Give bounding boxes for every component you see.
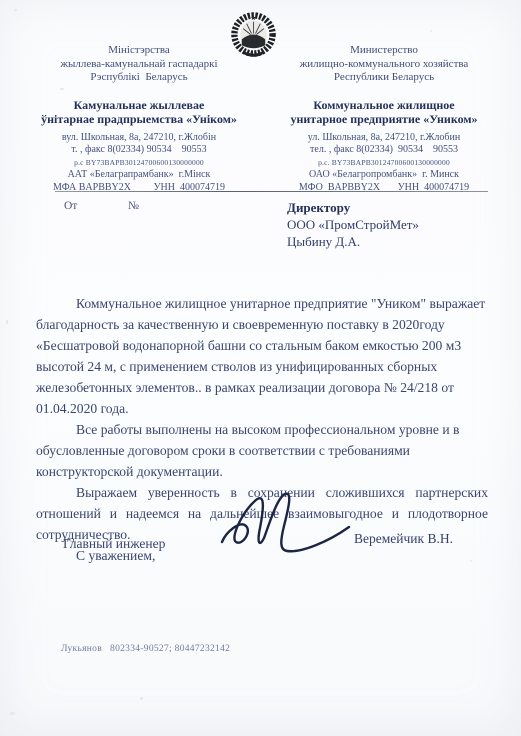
scan-speck: [140, 697, 143, 700]
signatory-position: Главный инженер: [63, 536, 165, 552]
header-left-column: Міністэрства жыллева-камунальнай гаспада…: [24, 44, 254, 194]
address-line: т. , факс 8(02334) 90534 90553: [24, 144, 254, 157]
ref-from-label: От: [64, 200, 77, 212]
addressee-block: Директору ООО «ПромСтройМет» Цыбину Д.А.: [287, 199, 419, 250]
ministry-line: Міністэрства: [24, 44, 254, 58]
org-name-line: Коммунальное жилищное: [267, 98, 501, 112]
organization-address-by: вул. Школьная, 8а, 247210, г.Жлобін т. ,…: [24, 132, 254, 195]
address-line: вул. Школьная, 8а, 247210, г.Жлобін: [24, 132, 254, 145]
address-line: ул. Школьная, 8а, 247210, г.Жлобин: [267, 132, 501, 145]
organization-name-by: Камунальнае жыллевае ўнітарнае прадпрыем…: [24, 98, 254, 126]
bank-name-line: ААТ «Белаграпрамбанк» г.Мінск: [24, 169, 254, 182]
ministry-line: жилищно-коммунального хозяйства: [267, 58, 501, 72]
ministry-name-by: Міністэрства жыллева-камунальнай гаспада…: [24, 44, 254, 85]
scanned-letter-page: Міністэрства жыллева-камунальнай гаспада…: [0, 0, 521, 736]
scan-speck: [6, 320, 8, 324]
handwritten-signature-icon: [216, 490, 356, 568]
organization-address-ru: ул. Школьная, 8а, 247210, г.Жлобин тел. …: [267, 132, 501, 195]
scan-speck: [60, 88, 64, 90]
bank-name-line: ОАО «Белагропромбанк» г. Минск: [267, 169, 501, 182]
ministry-line: Рэспублікі Беларусь: [24, 71, 254, 85]
addressee-company: ООО «ПромСтройМет»: [287, 216, 419, 233]
ref-number-label: №: [128, 200, 139, 212]
ministry-line: Республики Беларусь: [267, 71, 501, 85]
org-name-line: ўнітарнае прадпрыемства «Уніком»: [24, 112, 254, 126]
bank-account-line: р.с. BY73BAPB30124700600130000000: [267, 157, 501, 170]
scan-speck: [470, 560, 472, 562]
addressee-title: Директору: [287, 199, 419, 216]
scan-speck: [10, 712, 15, 715]
organization-name-ru: Коммунальное жилищное унитарное предприя…: [267, 98, 501, 126]
scan-speck: [14, 9, 17, 11]
addressee-person: Цыбину Д.А.: [287, 233, 419, 250]
org-name-line: Камунальнае жыллевае: [24, 98, 254, 112]
bank-codes-line: МФА BAPBBY2X УНН 400074719: [24, 182, 254, 195]
body-paragraph-1: Коммунальное жилищное унитарное предприя…: [36, 293, 488, 419]
scan-speck: [430, 30, 432, 32]
header-right-column: Министерство жилищно-коммунального хозяй…: [267, 44, 501, 194]
ministry-name-ru: Министерство жилищно-коммунального хозяй…: [267, 44, 501, 85]
bank-account-line: р.с BY73BAPB30124700600130000000: [24, 157, 254, 170]
executor-contact-line: Лукьянов 802334-90527; 80447232142: [61, 644, 230, 654]
address-line: тел. , факс 8(02334) 90534 90553: [267, 144, 501, 157]
ministry-line: жыллева-камунальнай гаспадаркі: [24, 58, 254, 72]
ministry-line: Министерство: [267, 44, 501, 58]
header-divider: [55, 191, 488, 192]
signatory-name: Веремейчик В.Н.: [354, 531, 453, 547]
bank-codes-line: МФО BAPBBY2X УНН 400074719: [267, 182, 501, 195]
body-paragraph-2: Все работы выполнены на высоком професси…: [36, 419, 488, 482]
org-name-line: унитарное предприятие «Уником»: [267, 112, 501, 126]
